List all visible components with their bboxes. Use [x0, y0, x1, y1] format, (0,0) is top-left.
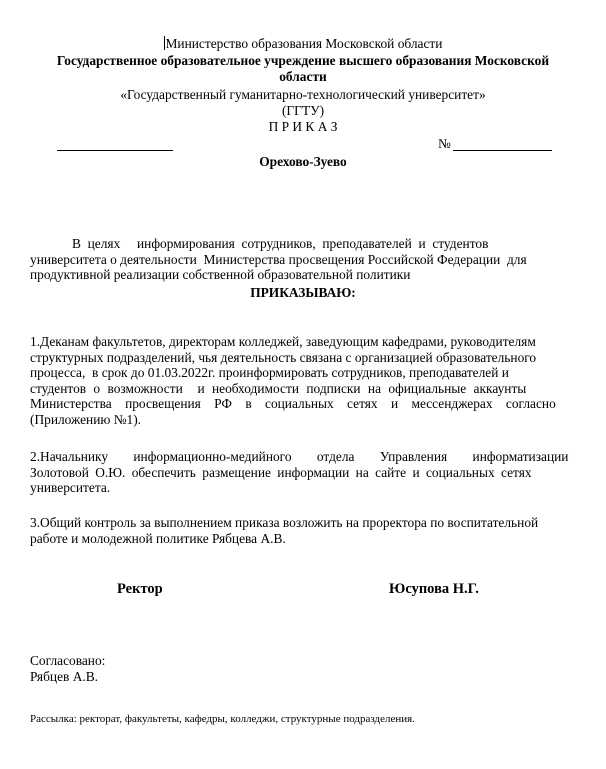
approval-label: Согласовано: [30, 653, 105, 669]
preamble-line: продуктивной реализации собственной обра… [30, 267, 580, 283]
ministry-line: Министерство образования Московской обла… [0, 36, 606, 52]
item-line: университета. [30, 480, 580, 496]
abbreviation: (ГГТУ) [0, 103, 606, 119]
order-item-1: 1.Деканам факультетов, директорам коллед… [30, 334, 580, 428]
number-label: № [438, 136, 451, 152]
distribution-list: Рассылка: ректорат, факультеты, кафедры,… [30, 712, 415, 728]
approval-name: Рябцев А.В. [30, 669, 98, 685]
date-field-line [57, 150, 173, 151]
item-line: Министерства просвещения РФ в социальных… [30, 396, 580, 412]
signature-name: Юсупова Н.Г. [389, 582, 479, 598]
order-word: ПРИКАЗЫВАЮ: [0, 285, 606, 301]
preamble: В целях информирования сотрудников, преп… [30, 236, 580, 283]
order-item-2: 2.Начальнику информационно-медийного отд… [30, 449, 580, 496]
item-line: процесса, в срок до 01.03.2022г. проинфо… [30, 365, 580, 381]
order-item-3: 3.Общий контроль за выполнением приказа … [30, 515, 580, 546]
item-line: структурных подразделений, чья деятельно… [30, 350, 580, 366]
institution-line-2: области [0, 69, 606, 85]
item-line: 3.Общий контроль за выполнением приказа … [30, 515, 580, 531]
number-field-line [453, 150, 552, 151]
item-line: 2.Начальнику информационно-медийного отд… [30, 449, 580, 465]
ministry-text: Министерство образования Московской обла… [166, 36, 443, 51]
institution-line-1: Государственное образовательное учрежден… [0, 53, 606, 69]
preamble-line: университета о деятельности Министерства… [30, 252, 580, 268]
text-cursor [164, 36, 165, 50]
item-line: (Приложению №1). [30, 412, 580, 428]
city: Орехово-Зуево [0, 154, 606, 170]
item-line: работе и молодежной политике Рябцева А.В… [30, 531, 580, 547]
university-name: «Государственный гуманитарно-технологиче… [0, 87, 606, 103]
signature-position: Ректор [117, 582, 163, 598]
item-line: Золотовой О.Ю. обеспечить размещение инф… [30, 465, 580, 481]
preamble-line: В целях информирования сотрудников, преп… [30, 236, 580, 252]
item-line: 1.Деканам факультетов, директорам коллед… [30, 334, 580, 350]
doc-type-title: П Р И К А З [0, 119, 606, 135]
item-line: студентов о возможности и необходимости … [30, 381, 580, 397]
